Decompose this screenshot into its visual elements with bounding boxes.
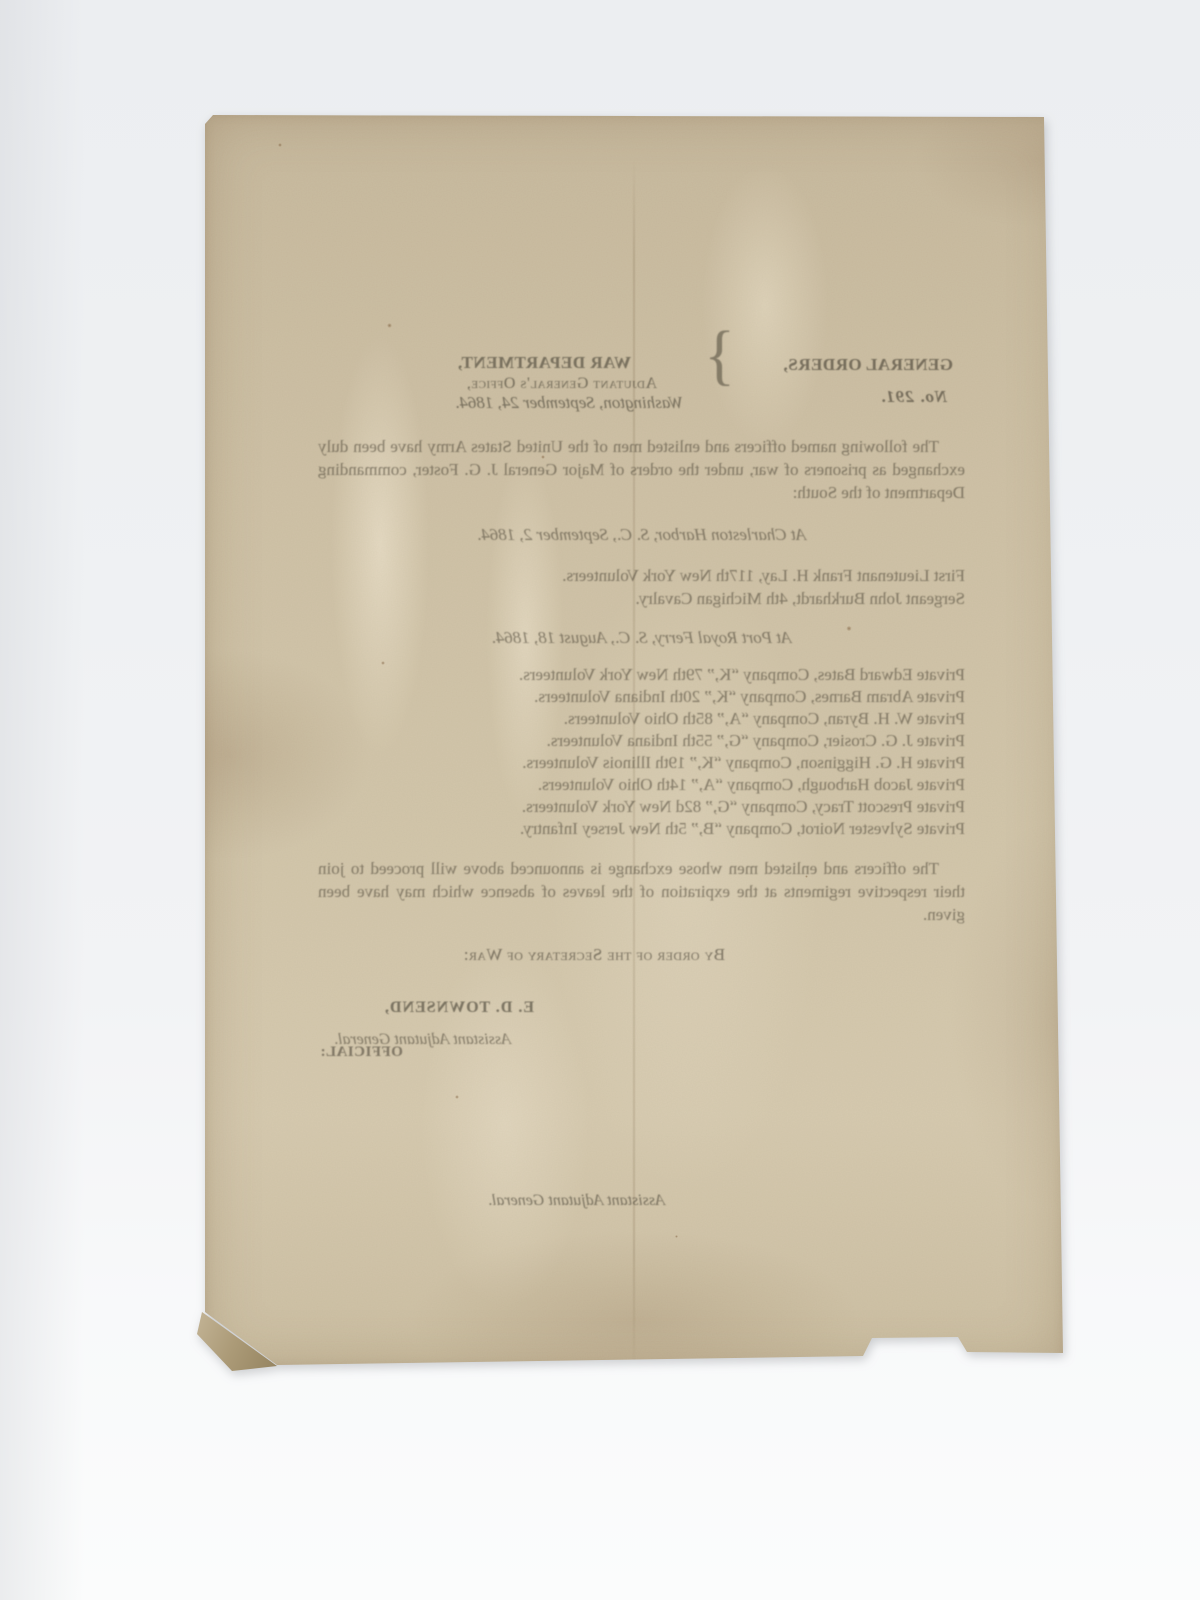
exchange-location-heading: At Port Royal Ferry, S. C., August 18, 1… bbox=[318, 626, 965, 649]
stain-speck bbox=[278, 143, 282, 147]
exchange-location-heading: At Charleston Harbor, S. C., September 2… bbox=[318, 523, 965, 546]
order-header-right: WAR DEPARTMENT, Adjutant General's Offic… bbox=[325, 351, 697, 413]
exchanged-soldier-line: Private Edward Bates, Company “K,” 79th … bbox=[318, 664, 965, 686]
photo-backdrop: GENERAL ORDERS, No. 291. } WAR DEPARTMEN… bbox=[0, 0, 1200, 1600]
exchanged-soldier-line: Private Prescott Tracy, Company “G,” 82d… bbox=[318, 796, 965, 818]
exchanged-soldier-line: Private W. H. Byran, Company “A,” 85th O… bbox=[318, 708, 965, 730]
adjutant-office-line: Adjutant General's Office, bbox=[325, 374, 697, 393]
exchanged-soldier-line: Sergeant John Burkhardt, 4th Michigan Ca… bbox=[318, 587, 965, 610]
exchanged-soldier-line: Private Sylvester Noirot, Company “B,” 5… bbox=[318, 818, 965, 840]
order-header-left: GENERAL ORDERS, No. 291. bbox=[783, 353, 953, 408]
war-department-line: WAR DEPARTMENT, bbox=[325, 351, 697, 374]
countersign-title: Assistant Adjutant General. bbox=[488, 1189, 665, 1212]
order-header: GENERAL ORDERS, No. 291. } WAR DEPARTMEN… bbox=[318, 351, 965, 415]
intro-paragraph: The following named officers and enliste… bbox=[318, 435, 965, 504]
general-orders-label: GENERAL ORDERS, bbox=[783, 353, 953, 376]
exchanged-soldier-line: Private J. G. Crosier, Company “G,” 55th… bbox=[318, 730, 965, 752]
document-sheet: GENERAL ORDERS, No. 291. } WAR DEPARTMEN… bbox=[0, 0, 1200, 1600]
stain-speck bbox=[387, 323, 392, 328]
exchanged-soldier-line: Private Jacob Harbough, Company “A,” 14t… bbox=[318, 774, 965, 796]
exchanged-soldier-line: Private H. G. Higginson, Company “K,” 19… bbox=[318, 752, 965, 774]
exchange-entries-port-royal: Private Edward Bates, Company “K,” 79th … bbox=[318, 664, 965, 840]
place-date-line: Washington, September 24, 1864. bbox=[325, 393, 697, 413]
by-order-line: By order of the Secretary of War: bbox=[318, 943, 725, 966]
showthrough-text-block: GENERAL ORDERS, No. 291. } WAR DEPARTMEN… bbox=[318, 351, 965, 1361]
order-number: No. 291. bbox=[783, 385, 953, 408]
exchanged-soldier-line: First Lieutenant Frank H. Lay, 117th New… bbox=[318, 564, 965, 587]
exchange-entries-charleston: First Lieutenant Frank H. Lay, 117th New… bbox=[318, 564, 965, 610]
closing-paragraph: The officers and enlisted men whose exch… bbox=[318, 857, 965, 926]
exchanged-soldier-line: Private Abram Barnes, Company “K,” 20th … bbox=[318, 686, 965, 708]
paper-verso: GENERAL ORDERS, No. 291. } WAR DEPARTMEN… bbox=[205, 115, 1063, 1367]
header-brace-glyph: } bbox=[704, 342, 735, 366]
official-label: OFFICIAL: bbox=[320, 1041, 403, 1064]
signature-name: E. D. TOWNSEND, bbox=[384, 996, 534, 1019]
